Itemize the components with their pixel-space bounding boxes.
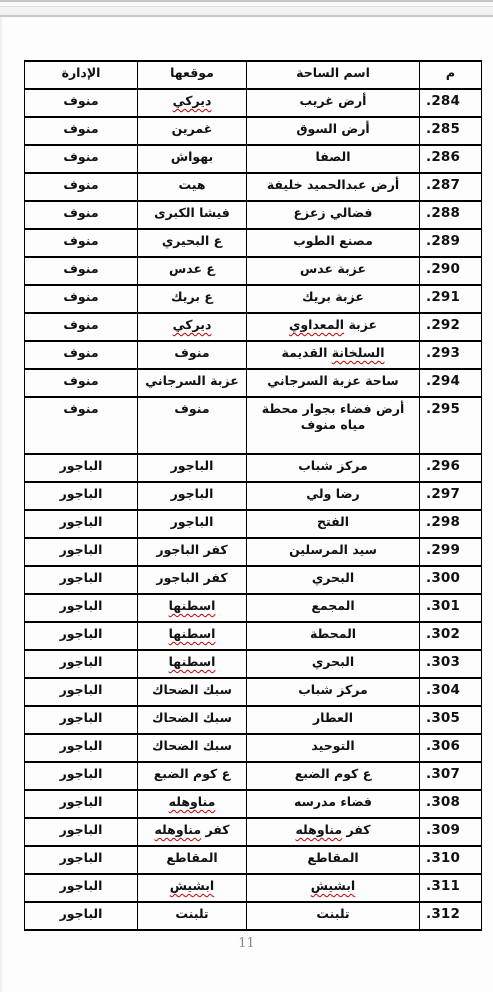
table-row: 288.فضالي زعزعفيشا الكبرىمنوف xyxy=(25,201,482,229)
cell-num: 289. xyxy=(420,229,482,257)
cell-location: بهواش xyxy=(138,145,247,173)
cell-location: هيت xyxy=(138,173,247,201)
cell-num: 312. xyxy=(420,902,482,930)
header-location: موقعها xyxy=(138,61,247,89)
header-name: اسم الساحة xyxy=(247,61,420,89)
cell-location: سبك الضحاك xyxy=(138,678,247,706)
cell-num: 308. xyxy=(420,790,482,818)
table-row: 307.ع كوم الضبعع كوم الضبعالباجور xyxy=(25,762,482,790)
cell-name: البحري xyxy=(247,650,420,678)
cell-num: 293. xyxy=(420,341,482,369)
table-row: 286.الصفابهواشمنوف xyxy=(25,145,482,173)
cell-num: 309. xyxy=(420,818,482,846)
table-row: 304.مركز شبابسبك الضحاكالباجور xyxy=(25,678,482,706)
cell-num: 290. xyxy=(420,257,482,285)
cell-admin: الباجور xyxy=(25,566,138,594)
cell-admin: الباجور xyxy=(25,874,138,902)
cell-num: 297. xyxy=(420,482,482,510)
cell-num: 292. xyxy=(420,313,482,341)
cell-num: 287. xyxy=(420,173,482,201)
misspelled-word: ابشيش xyxy=(170,878,214,893)
cell-location: كفر الباجور xyxy=(138,566,247,594)
cell-name: كفر مناوهله xyxy=(247,818,420,846)
cell-admin: منوف xyxy=(25,257,138,285)
cell-location: ع بريك xyxy=(138,285,247,313)
cell-admin: منوف xyxy=(25,397,138,454)
cell-location: اسطنها xyxy=(138,622,247,650)
cell-location: كفر الباجور xyxy=(138,538,247,566)
cell-name: مركز شباب xyxy=(247,454,420,482)
cell-num: 294. xyxy=(420,369,482,397)
cell-name: مركز شباب xyxy=(247,678,420,706)
cell-location: منوف xyxy=(138,397,247,454)
table-row: 292.عزبة المعداويديركيمنوف xyxy=(25,313,482,341)
cell-admin: الباجور xyxy=(25,706,138,734)
table-row: 284.أرض غريبديركيمنوف xyxy=(25,89,482,117)
cell-admin: منوف xyxy=(25,89,138,117)
cell-location: عزبة السرجاني xyxy=(138,369,247,397)
table-row: 300.البحريكفر الباجورالباجور xyxy=(25,566,482,594)
table-row: 309.كفر مناوهلهكفر مناوهلهالباجور xyxy=(25,818,482,846)
cell-num: 288. xyxy=(420,201,482,229)
cell-admin: الباجور xyxy=(25,482,138,510)
cell-admin: الباجور xyxy=(25,678,138,706)
cell-location: ديركي xyxy=(138,313,247,341)
table-row: 308.فضاء مدرسهمناوهلهالباجور xyxy=(25,790,482,818)
cell-location: فيشا الكبرى xyxy=(138,201,247,229)
table-row: 287.أرض عبدالحميد خليفةهيتمنوف xyxy=(25,173,482,201)
cell-name: أرض فضاء بجوار محطة مياه منوف xyxy=(247,397,420,454)
table-row: 291.عزبة بريكع بريكمنوف xyxy=(25,285,482,313)
table-row: 289.مصنع الطوبع البحيريمنوف xyxy=(25,229,482,257)
page-boundary-bottom-line xyxy=(0,15,493,17)
table-row: 290.عزبة عدسع عدسمنوف xyxy=(25,257,482,285)
cell-name: أرض عبدالحميد خليفة xyxy=(247,173,420,201)
cell-location: اسطنها xyxy=(138,650,247,678)
table-row: 285.أرض السوقغمرينمنوف xyxy=(25,117,482,145)
cell-admin: منوف xyxy=(25,369,138,397)
cell-admin: الباجور xyxy=(25,846,138,874)
cell-location: ابشيش xyxy=(138,874,247,902)
header-admin: الإدارة xyxy=(25,61,138,89)
cell-num: 295. xyxy=(420,397,482,454)
table-row: 293.السلخانة القديمةمنوفمنوف xyxy=(25,341,482,369)
cell-admin: الباجور xyxy=(25,622,138,650)
cell-location: ع كوم الضبع xyxy=(138,762,247,790)
misspelled-word: اسطنها xyxy=(169,626,216,641)
misspelled-word: السلخانة xyxy=(332,345,385,360)
cell-name: ع كوم الضبع xyxy=(247,762,420,790)
cell-num: 300. xyxy=(420,566,482,594)
cell-location: غمرين xyxy=(138,117,247,145)
cell-location: الباجور xyxy=(138,482,247,510)
cell-num: 301. xyxy=(420,594,482,622)
squares-table: م اسم الساحة موقعها الإدارة 284.أرض غريب… xyxy=(24,60,482,931)
cell-location: سبك الضحاك xyxy=(138,734,247,762)
cell-admin: منوف xyxy=(25,285,138,313)
cell-admin: منوف xyxy=(25,173,138,201)
table-row: 311.ابشيشابشيشالباجور xyxy=(25,874,482,902)
cell-location: اسطنها xyxy=(138,594,247,622)
cell-admin: الباجور xyxy=(25,650,138,678)
cell-name: رضا ولي xyxy=(247,482,420,510)
cell-num: 307. xyxy=(420,762,482,790)
cell-num: 286. xyxy=(420,145,482,173)
table-row: 295.أرض فضاء بجوار محطة مياه منوفمنوفمنو… xyxy=(25,397,482,454)
table-row: 299.سيد المرسلينكفر الباجورالباجور xyxy=(25,538,482,566)
cell-admin: الباجور xyxy=(25,594,138,622)
cell-admin: الباجور xyxy=(25,510,138,538)
table-row: 305.العطارسبك الضحاكالباجور xyxy=(25,706,482,734)
table-row: 306.التوحيدسبك الضحاكالباجور xyxy=(25,734,482,762)
cell-location: الباجور xyxy=(138,454,247,482)
table-row: 310.المقاطعالمقاطعالباجور xyxy=(25,846,482,874)
cell-admin: الباجور xyxy=(25,818,138,846)
misspelled-word: ابشيش xyxy=(311,878,355,893)
cell-location: ديركي xyxy=(138,89,247,117)
cell-name: الصفا xyxy=(247,145,420,173)
cell-admin: الباجور xyxy=(25,454,138,482)
cell-name: ساحة عزبة السرجاني xyxy=(247,369,420,397)
cell-location: كفر مناوهله xyxy=(138,818,247,846)
cell-num: 291. xyxy=(420,285,482,313)
cell-location: ع عدس xyxy=(138,257,247,285)
cell-name: أرض غريب xyxy=(247,89,420,117)
cell-admin: منوف xyxy=(25,229,138,257)
cell-admin: الباجور xyxy=(25,734,138,762)
cell-location: ع البحيري xyxy=(138,229,247,257)
cell-admin: منوف xyxy=(25,313,138,341)
cell-admin: منوف xyxy=(25,117,138,145)
misspelled-word: المعداوي xyxy=(289,317,344,332)
cell-name: عزبة بريك xyxy=(247,285,420,313)
cell-location: منوف xyxy=(138,341,247,369)
table-row: 298.الفتحالباجورالباجور xyxy=(25,510,482,538)
cell-name: فضالي زعزع xyxy=(247,201,420,229)
misspelled-word: اسطنها xyxy=(169,598,216,613)
page-left-edge xyxy=(0,17,2,992)
cell-admin: الباجور xyxy=(25,538,138,566)
misspelled-word: مناوهله xyxy=(169,794,216,809)
table-row: 294.ساحة عزبة السرجانيعزبة السرجانيمنوف xyxy=(25,369,482,397)
cell-location: الباجور xyxy=(138,510,247,538)
cell-name: عزبة المعداوي xyxy=(247,313,420,341)
header-num: م xyxy=(420,61,482,89)
cell-admin: منوف xyxy=(25,201,138,229)
misspelled-word: ديركي xyxy=(173,317,212,332)
cell-name: المحطة xyxy=(247,622,420,650)
cell-location: تلبنت xyxy=(138,902,247,930)
cell-num: 304. xyxy=(420,678,482,706)
cell-name: ابشيش xyxy=(247,874,420,902)
table-row: 296.مركز شبابالباجورالباجور xyxy=(25,454,482,482)
misspelled-word: ديركي xyxy=(173,93,212,108)
misspelled-word: مناوهله xyxy=(154,822,201,837)
cell-admin: الباجور xyxy=(25,902,138,930)
cell-num: 302. xyxy=(420,622,482,650)
table-row: 302.المحطةاسطنهاالباجور xyxy=(25,622,482,650)
cell-name: عزبة عدس xyxy=(247,257,420,285)
cell-num: 305. xyxy=(420,706,482,734)
cell-name: تلبنت xyxy=(247,902,420,930)
cell-name: أرض السوق xyxy=(247,117,420,145)
table-row: 297.رضا وليالباجورالباجور xyxy=(25,482,482,510)
cell-name: سيد المرسلين xyxy=(247,538,420,566)
cell-name: العطار xyxy=(247,706,420,734)
cell-num: 306. xyxy=(420,734,482,762)
cell-name: المقاطع xyxy=(247,846,420,874)
cell-admin: الباجور xyxy=(25,762,138,790)
cell-name: التوحيد xyxy=(247,734,420,762)
cell-admin: منوف xyxy=(25,145,138,173)
table-row: 303.البحرياسطنهاالباجور xyxy=(25,650,482,678)
cell-location: مناوهله xyxy=(138,790,247,818)
cell-admin: الباجور xyxy=(25,790,138,818)
table-row: 301.المجمعاسطنهاالباجور xyxy=(25,594,482,622)
cell-num: 298. xyxy=(420,510,482,538)
cell-admin: منوف xyxy=(25,341,138,369)
cell-num: 296. xyxy=(420,454,482,482)
cell-name: البحري xyxy=(247,566,420,594)
cell-num: 310. xyxy=(420,846,482,874)
cell-num: 285. xyxy=(420,117,482,145)
cell-name: فضاء مدرسه xyxy=(247,790,420,818)
cell-num: 299. xyxy=(420,538,482,566)
misspelled-word: اسطنها xyxy=(169,654,216,669)
cell-num: 303. xyxy=(420,650,482,678)
cell-name: المجمع xyxy=(247,594,420,622)
misspelled-word: مناوهله xyxy=(295,822,342,837)
cell-name: السلخانة القديمة xyxy=(247,341,420,369)
cell-name: مصنع الطوب xyxy=(247,229,420,257)
page-number: 11 xyxy=(0,936,493,951)
cell-location: سبك الضحاك xyxy=(138,706,247,734)
cell-name: الفتح xyxy=(247,510,420,538)
cell-num: 311. xyxy=(420,874,482,902)
table-row: 312.تلبنتتلبنتالباجور xyxy=(25,902,482,930)
table-header-row: م اسم الساحة موقعها الإدارة xyxy=(25,61,482,89)
cell-num: 284. xyxy=(420,89,482,117)
cell-location: المقاطع xyxy=(138,846,247,874)
